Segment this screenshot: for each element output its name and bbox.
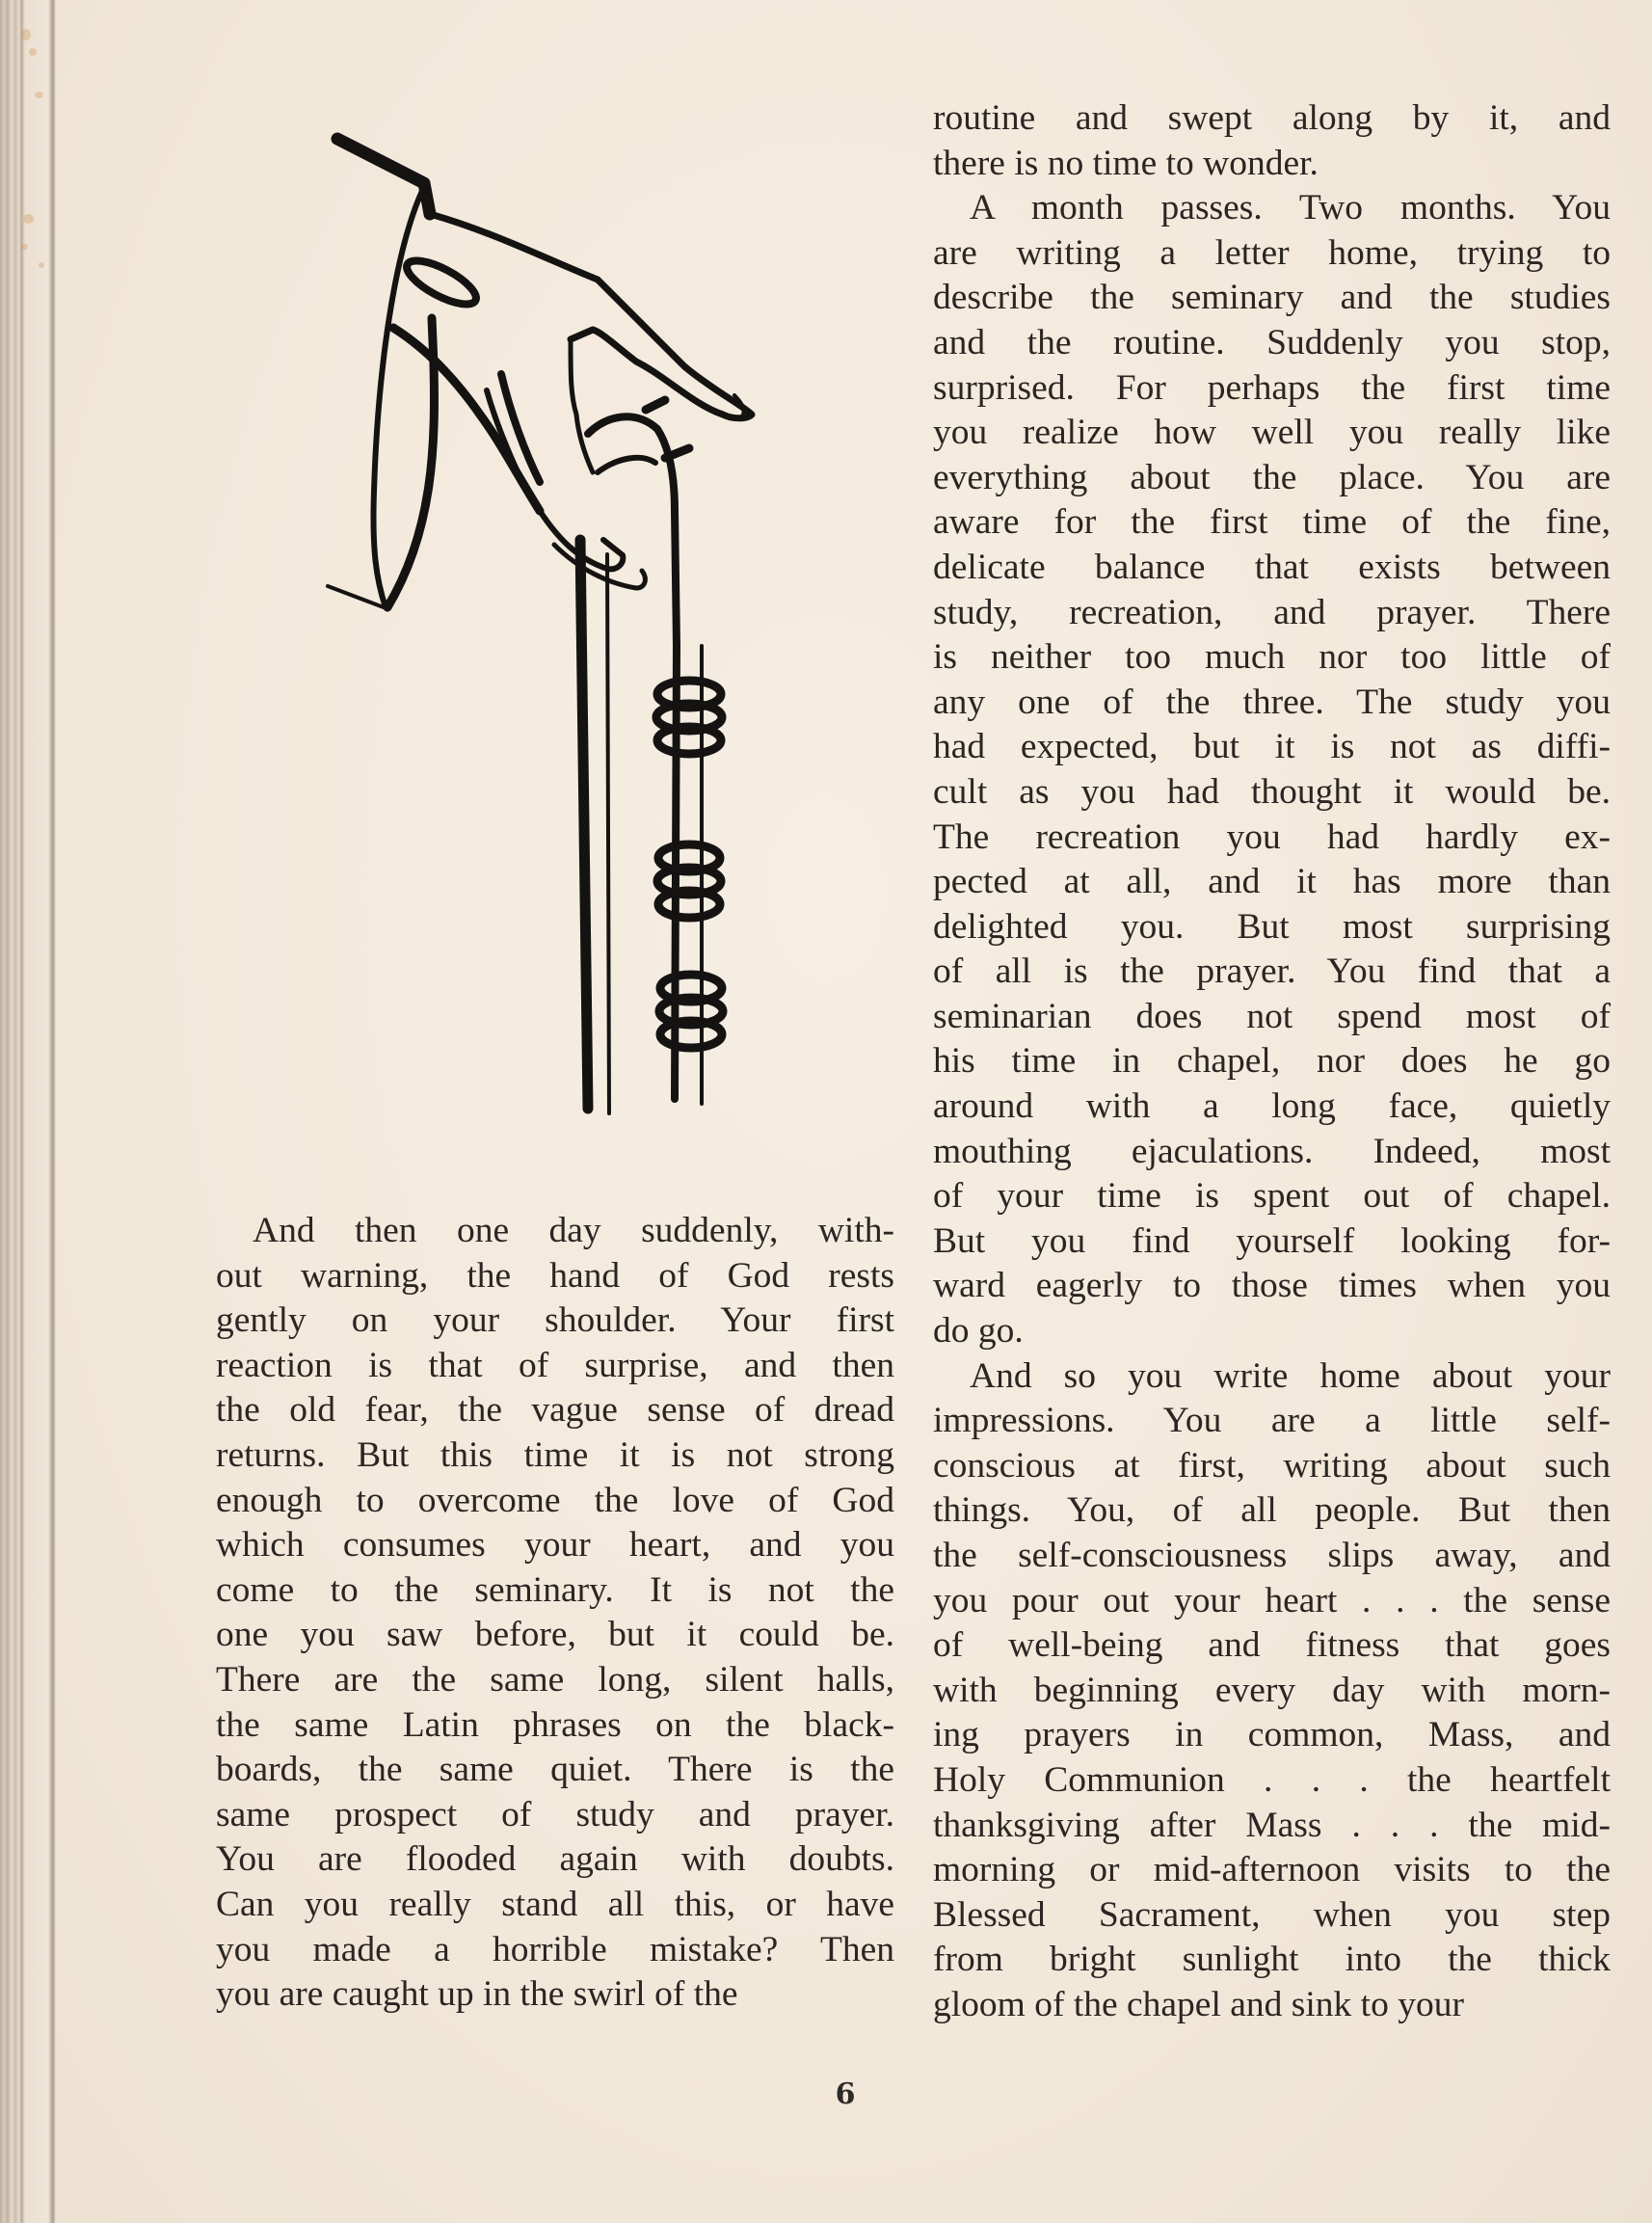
paragraph: And then one day suddenly, with-out warn… xyxy=(216,1209,894,2018)
page-number: 6 xyxy=(0,2077,1652,2111)
text-line: But you find yourself looking for- xyxy=(933,1219,1611,1265)
text-line: returns. But this time it is not strong xyxy=(216,1433,894,1479)
text-line: boards, the same quiet. There is the xyxy=(216,1748,894,1793)
text-line: Can you really stand all this, or have xyxy=(216,1883,894,1928)
text-line: there is no time to wonder. xyxy=(933,142,1611,187)
text-line: ing prayers in common, Mass, and xyxy=(933,1713,1611,1758)
text-line: everything about the place. You are xyxy=(933,456,1611,501)
text-line: And then one day suddenly, with- xyxy=(216,1209,894,1254)
text-line: cult as you had thought it would be. xyxy=(933,770,1611,816)
text-line: You are flooded again with doubts. xyxy=(216,1837,894,1883)
text-line: Blessed Sacrament, when you step xyxy=(933,1893,1611,1939)
text-line: come to the seminary. It is not the xyxy=(216,1568,894,1614)
text-line: around with a long face, quietly xyxy=(933,1085,1611,1130)
text-line: the self-consciousness slips away, and xyxy=(933,1534,1611,1579)
text-line: do go. xyxy=(933,1309,1611,1354)
right-text-column: routine and swept along by it, andthere … xyxy=(933,96,1611,2028)
text-line: gently on your shoulder. Your first xyxy=(216,1299,894,1344)
text-line: enough to overcome the love of God xyxy=(216,1479,894,1524)
paragraph: A month passes. Two months. Youare writi… xyxy=(933,186,1611,1353)
text-line: the same Latin phrases on the black- xyxy=(216,1703,894,1749)
text-line: out warning, the hand of God rests xyxy=(216,1254,894,1299)
paragraph: routine and swept along by it, andthere … xyxy=(933,96,1611,186)
text-line: reaction is that of surprise, and then xyxy=(216,1344,894,1389)
text-line: with beginning every day with morn- xyxy=(933,1669,1611,1714)
text-line: mouthing ejaculations. Indeed, most xyxy=(933,1130,1611,1175)
text-line: There are the same long, silent halls, xyxy=(216,1658,894,1703)
text-line: things. You, of all people. But then xyxy=(933,1488,1611,1534)
text-line: ward eagerly to those times when you xyxy=(933,1264,1611,1309)
text-line: gloom of the chapel and sink to your xyxy=(933,1983,1611,2028)
text-line: any one of the three. The study you xyxy=(933,681,1611,726)
text-line: routine and swept along by it, and xyxy=(933,96,1611,142)
text-line: delighted you. But most surprising xyxy=(933,905,1611,951)
text-line: The recreation you had hardly ex- xyxy=(933,816,1611,861)
text-line: you pour out your heart . . . the sense xyxy=(933,1579,1611,1624)
text-line: A month passes. Two months. You xyxy=(933,186,1611,231)
text-line: seminarian does not spend most of xyxy=(933,995,1611,1040)
text-line: you realize how well you really like xyxy=(933,411,1611,456)
text-line: aware for the first time of the fine, xyxy=(933,500,1611,546)
text-line: pected at all, and it has more than xyxy=(933,860,1611,905)
text-line: you are caught up in the swirl of the xyxy=(216,1972,894,2018)
text-line: surprised. For perhaps the first time xyxy=(933,366,1611,412)
text-line: are writing a letter home, trying to xyxy=(933,231,1611,277)
text-line: conscious at first, writing about such xyxy=(933,1444,1611,1489)
paragraph: And so you write home about yourimpressi… xyxy=(933,1354,1611,2028)
hand-on-shoulder-illustration xyxy=(318,125,771,1118)
text-line: impressions. You are a little self- xyxy=(933,1399,1611,1444)
text-line: the old fear, the vague sense of dread xyxy=(216,1388,894,1433)
text-line: of all is the prayer. You find that a xyxy=(933,950,1611,995)
text-line: had expected, but it is not as diffi- xyxy=(933,725,1611,770)
text-line: delicate balance that exists between xyxy=(933,546,1611,591)
text-line: of well-being and fitness that goes xyxy=(933,1623,1611,1669)
text-line: you made a horrible mistake? Then xyxy=(216,1928,894,1973)
text-line: and the routine. Suddenly you stop, xyxy=(933,321,1611,366)
text-line: thanksgiving after Mass . . . the mid- xyxy=(933,1804,1611,1849)
text-line: is neither too much nor too little of xyxy=(933,635,1611,681)
book-binding-edge xyxy=(0,0,56,2223)
text-line: which consumes your heart, and you xyxy=(216,1523,894,1568)
text-line: same prospect of study and prayer. xyxy=(216,1793,894,1838)
book-page: ​ xyxy=(0,0,1652,2223)
text-line: Holy Communion . . . the heartfelt xyxy=(933,1758,1611,1804)
text-line: of your time is spent out of chapel. xyxy=(933,1174,1611,1219)
text-line: And so you write home about your xyxy=(933,1354,1611,1400)
text-line: describe the seminary and the studies xyxy=(933,276,1611,321)
left-text-column: And then one day suddenly, with-out warn… xyxy=(216,1209,894,2018)
text-line: morning or mid-afternoon visits to the xyxy=(933,1848,1611,1893)
text-line: one you saw before, but it could be. xyxy=(216,1613,894,1658)
text-line: from bright sunlight into the thick xyxy=(933,1938,1611,1983)
text-line: study, recreation, and prayer. There xyxy=(933,591,1611,636)
text-line: his time in chapel, nor does he go xyxy=(933,1039,1611,1085)
